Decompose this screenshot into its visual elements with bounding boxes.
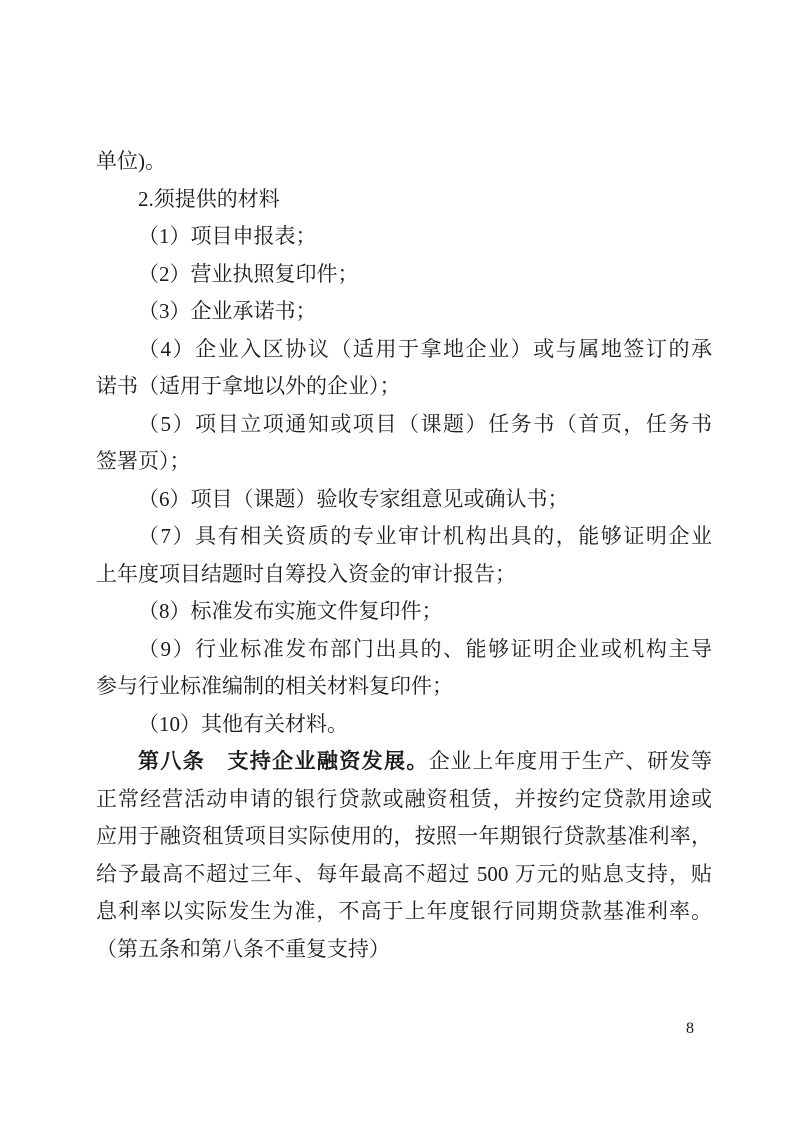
article-8-heading: 第八条 支持企业融资发展。 bbox=[138, 750, 429, 773]
doc-line: 应用于融资租赁项目实际使用的，按照一年期银行贷款基准利率， bbox=[96, 818, 712, 856]
doc-line: （9）行业标准发布部门出具的、能够证明企业或机构主导 bbox=[96, 631, 712, 669]
doc-line: （3）企业承诺书； bbox=[96, 293, 712, 331]
doc-line: （6）项目（课题）验收专家组意见或确认书； bbox=[96, 481, 712, 519]
doc-line: （1）项目申报表； bbox=[96, 218, 712, 256]
doc-line: （4）企业入区协议（适用于拿地企业）或与属地签订的承 bbox=[96, 331, 712, 369]
doc-line: 2.须提供的材料 bbox=[96, 181, 712, 219]
document-page: 单位)。 2.须提供的材料 （1）项目申报表； （2）营业执照复印件； （3）企… bbox=[0, 0, 794, 1123]
page-number: 8 bbox=[660, 1020, 720, 1038]
document-body: 单位)。 2.须提供的材料 （1）项目申报表； （2）营业执照复印件； （3）企… bbox=[96, 143, 712, 968]
doc-line: （2）营业执照复印件； bbox=[96, 256, 712, 294]
doc-line: 息利率以实际发生为准，不高于上年度银行同期贷款基准利率。 bbox=[96, 893, 712, 931]
article-8-body-start: 企业上年度用于生产、研发等 bbox=[429, 749, 712, 773]
doc-line: 诺书（适用于拿地以外的企业）； bbox=[96, 368, 712, 406]
doc-line: （10）其他有关材料。 bbox=[96, 706, 712, 744]
doc-line: （8）标准发布实施文件复印件； bbox=[96, 593, 712, 631]
doc-line: （第五条和第八条不重复支持） bbox=[96, 931, 712, 969]
doc-line: 上年度项目结题时自筹投入资金的审计报告； bbox=[96, 556, 712, 594]
doc-line: （5）项目立项通知或项目（课题）任务书（首页，任务书 bbox=[96, 406, 712, 444]
doc-line: 给予最高不超过三年、每年最高不超过 500 万元的贴息支持，贴 bbox=[96, 856, 712, 894]
doc-line: 正常经营活动申请的银行贷款或融资租赁，并按约定贷款用途或 bbox=[96, 781, 712, 819]
doc-line: 签署页）； bbox=[96, 443, 712, 481]
doc-line: 单位)。 bbox=[96, 143, 712, 181]
doc-line: 第八条 支持企业融资发展。企业上年度用于生产、研发等 bbox=[96, 743, 712, 781]
doc-line: （7）具有相关资质的专业审计机构出具的，能够证明企业 bbox=[96, 518, 712, 556]
doc-line: 参与行业标准编制的相关材料复印件； bbox=[96, 668, 712, 706]
